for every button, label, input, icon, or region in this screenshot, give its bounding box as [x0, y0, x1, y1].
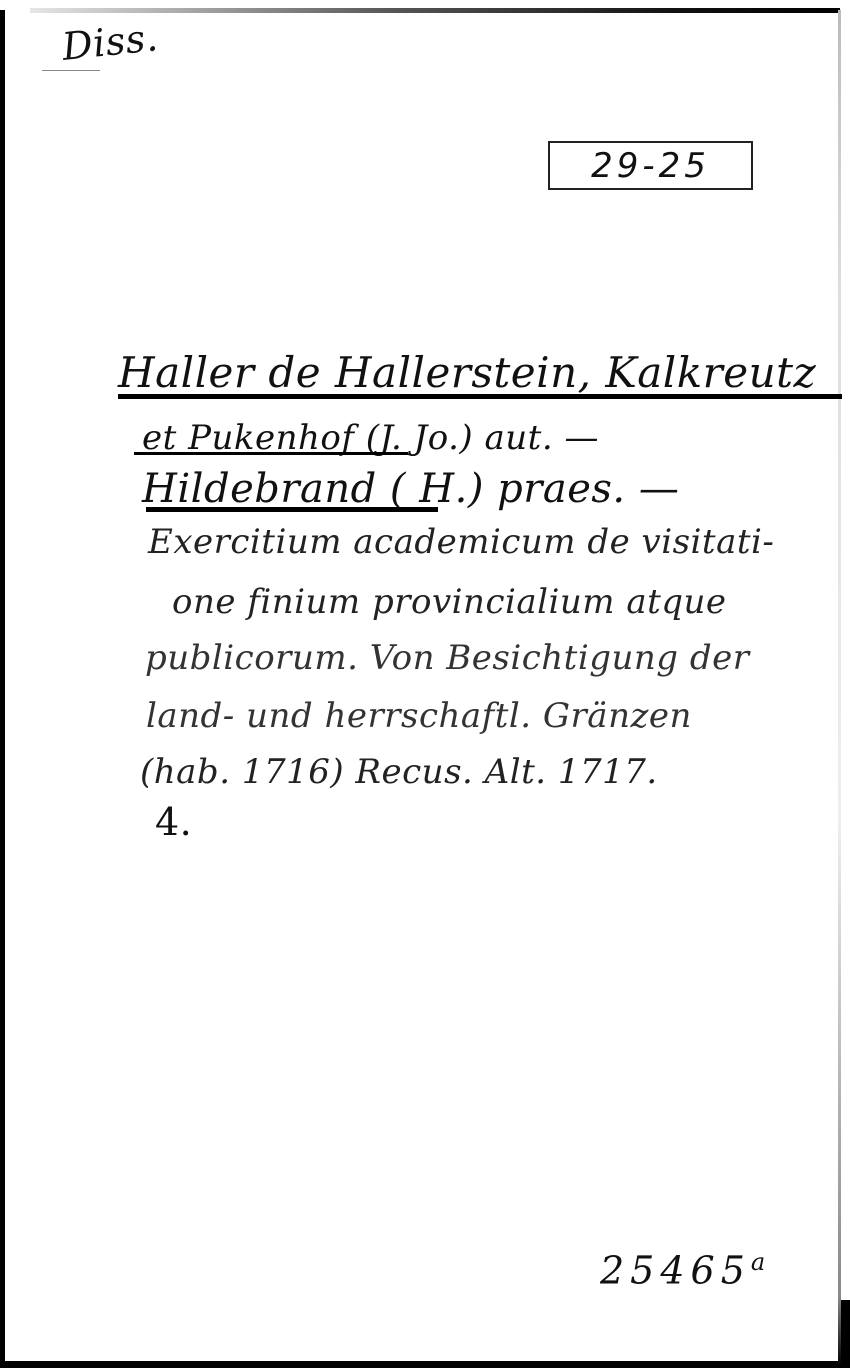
entry-line-format: 4.: [155, 800, 192, 844]
scan-edge-top: [30, 8, 840, 13]
entry-line-author: Haller de Hallerstein, Kalkreutz: [118, 348, 816, 397]
catalog-card: Diss. 29-25 Haller de Hallerstein, Kalkr…: [0, 0, 850, 1368]
scan-edge-bottom: [0, 1361, 850, 1368]
entry-line-imprint: (hab. 1716) Recus. Alt. 1717.: [140, 752, 658, 792]
note-underline: [42, 70, 100, 71]
entry-line-title-4: land- und herrschaftl. Gränzen: [146, 696, 692, 736]
praeses-underline: [146, 507, 438, 512]
author-underline: [118, 394, 842, 399]
entry-line-praeses: Hildebrand ( H.) praes. —: [142, 466, 679, 512]
scan-edge-left: [0, 10, 5, 1368]
accession-suffix: a: [751, 1248, 765, 1276]
dissertation-note: Diss.: [60, 15, 160, 69]
accession-number: 25465a: [600, 1248, 765, 1293]
entry-line-title-3: publicorum. Von Besichtigung der: [145, 638, 749, 678]
accession-digits: 25465: [600, 1249, 751, 1293]
scan-edge-right: [838, 10, 841, 1365]
author-cont-underline: [134, 452, 408, 455]
scan-corner: [841, 1300, 850, 1368]
entry-line-title-1: Exercitium academicum de visitati-: [148, 522, 774, 562]
call-number: 29-25: [591, 146, 710, 186]
call-number-box: 29-25: [548, 141, 753, 190]
entry-line-title-2: one finium provincialium atque: [172, 582, 727, 622]
